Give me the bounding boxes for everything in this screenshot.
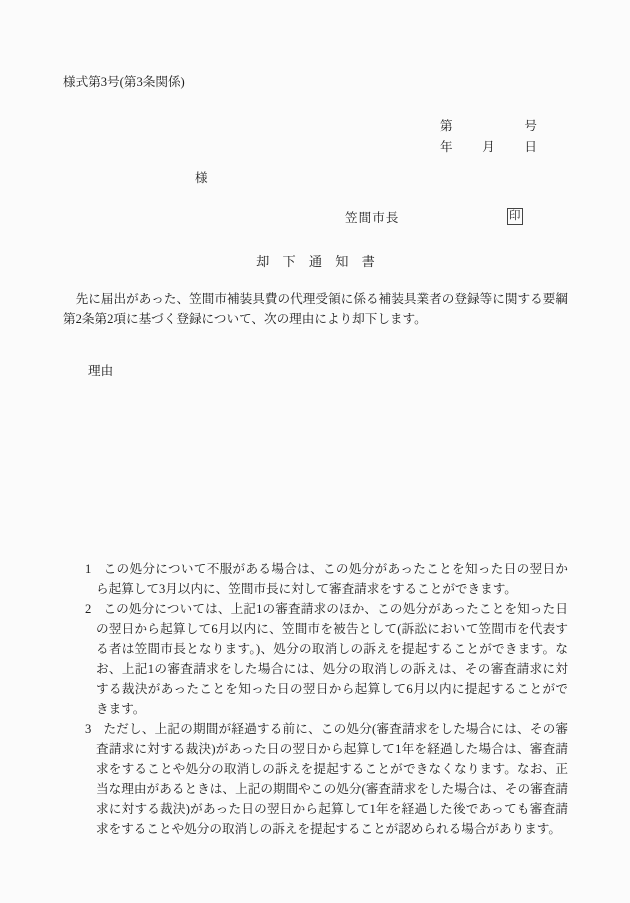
number-date-block: 第 号 年 月 日 bbox=[440, 116, 537, 158]
note-item: 1この処分について不服がある場合は、この処分があったことを知った日の翌日から起算… bbox=[85, 559, 568, 599]
note-text: この処分については、上記1の審査請求のほか、この処分があったことを知った日の翌日… bbox=[96, 602, 568, 716]
issuer-name: 笠間市長 bbox=[345, 211, 399, 225]
reason-label: 理由 bbox=[63, 361, 568, 381]
appeal-notes-list: 1この処分について不服がある場合は、この処分があったことを知った日の翌日から起算… bbox=[85, 559, 568, 839]
date-day-label: 日 bbox=[524, 137, 537, 158]
addressee-honorific: 様 bbox=[63, 168, 568, 189]
reason-blank-space bbox=[63, 381, 568, 559]
note-item: 2この処分については、上記1の審査請求のほか、この処分があったことを知った日の翌… bbox=[85, 599, 568, 719]
note-item: 3ただし、上記の期間が経過する前に、この処分(審査請求をした場合には、その審査請… bbox=[85, 719, 568, 839]
note-number: 1 bbox=[85, 562, 91, 576]
body-paragraph: 先に届出があった、笠間市補装具費の代理受領に係る補装具業者の登録等に関する要綱第… bbox=[63, 289, 568, 329]
doc-number-suffix: 号 bbox=[524, 116, 537, 137]
note-number: 3 bbox=[85, 722, 91, 736]
note-text: ただし、上記の期間が経過する前に、この処分(審査請求をした場合には、その審査請求… bbox=[96, 722, 568, 836]
date-month-label: 月 bbox=[482, 137, 495, 158]
note-text: この処分について不服がある場合は、この処分があったことを知った日の翌日から起算し… bbox=[96, 562, 568, 596]
document-page: 様式第3号(第3条関係) 第 号 年 月 日 様 笠間市長 印 却 下 通 知 … bbox=[0, 0, 630, 903]
issuer-row: 笠間市長 印 bbox=[63, 207, 568, 229]
form-label: 様式第3号(第3条関係) bbox=[63, 72, 568, 92]
date-year-label: 年 bbox=[440, 137, 453, 158]
doc-number-prefix: 第 bbox=[440, 116, 453, 137]
seal-placeholder: 印 bbox=[507, 208, 523, 225]
date-line: 年 月 日 bbox=[440, 137, 537, 158]
document-number-line: 第 号 bbox=[440, 116, 537, 137]
document-title: 却 下 通 知 書 bbox=[63, 251, 568, 272]
note-number: 2 bbox=[85, 602, 91, 616]
